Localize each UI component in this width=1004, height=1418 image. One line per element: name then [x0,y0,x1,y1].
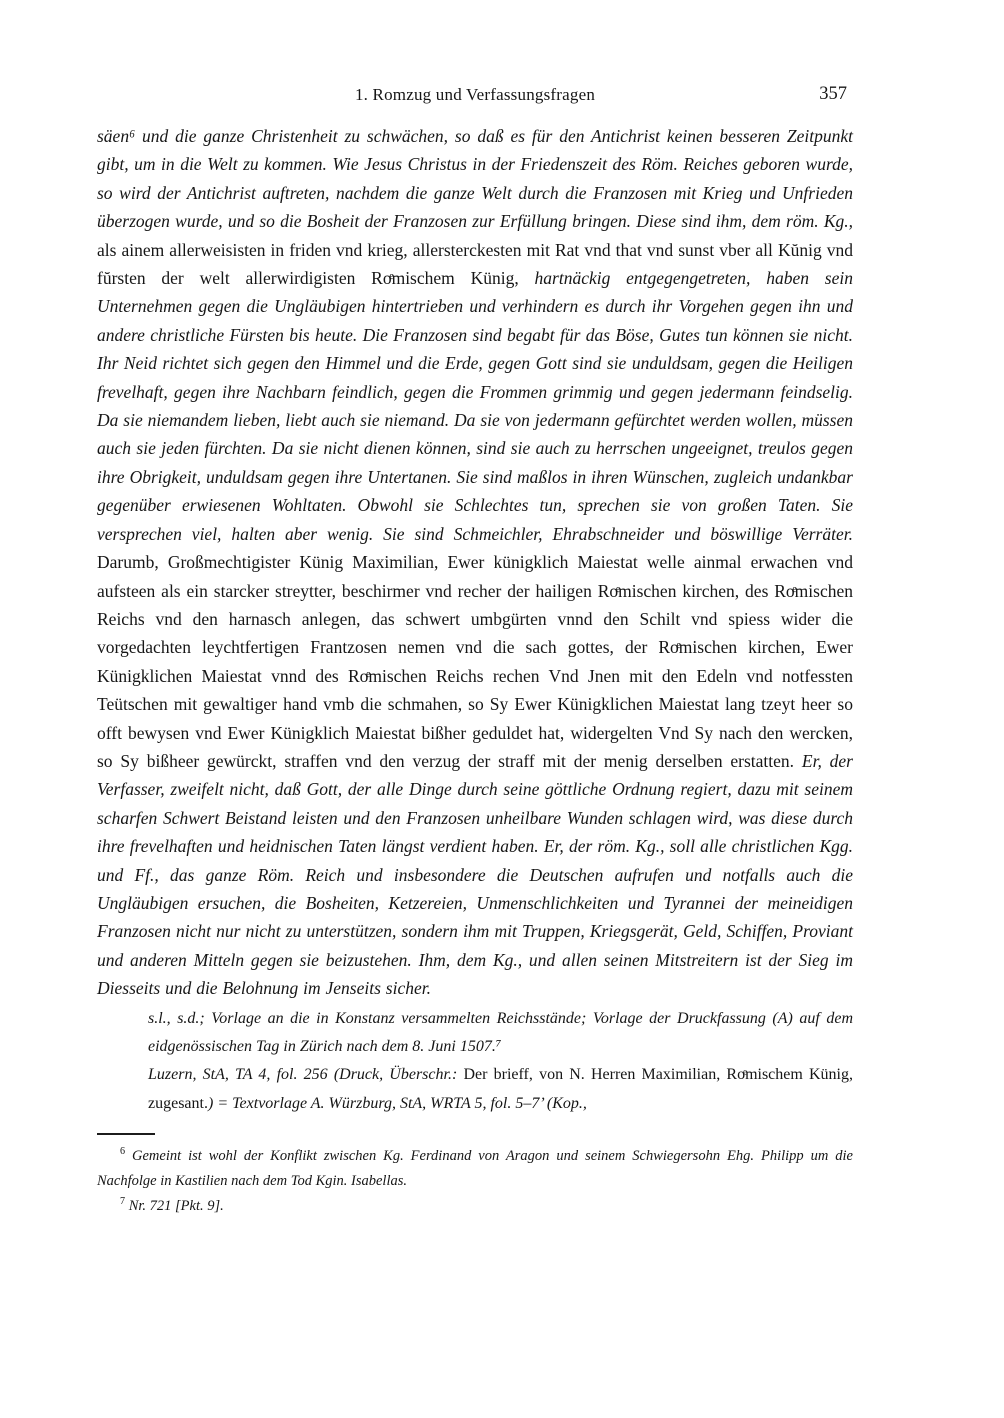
text-segment-quote-2: Darumb, Großmechtigister Künig Maximilia… [97,552,853,771]
footnote-area: 6 Gemeint ist wohl der Konflikt zwischen… [97,1133,853,1219]
main-paragraph: säen⁶ und die ganze Christenheit zu schw… [97,122,853,1003]
footnote-6-marker: 6 [120,1146,125,1157]
footnote-divider [97,1133,155,1135]
footnote-7-text: Nr. 721 [Pkt. 9]. [129,1198,224,1214]
page-header: 1. Romzug und Verfassungsfragen 357 [97,84,853,106]
apparatus-provenance: s.l., s.d.; Vorlage an die in Konstanz v… [148,1005,853,1062]
apparatus-archive-intro: Luzern, StA, TA 4, fol. 256 (Druck, Über… [148,1066,463,1083]
footnote-6: 6 Gemeint ist wohl der Konflikt zwischen… [97,1144,853,1194]
footnote-7-marker: 7 [120,1196,125,1207]
apparatus-archive-reference: Luzern, StA, TA 4, fol. 256 (Druck, Über… [148,1061,853,1118]
text-column: 1. Romzug und Verfassungsfragen 357 säen… [97,84,853,1219]
text-segment-regest-1: säen⁶ und die ganze Christenheit zu schw… [97,126,853,231]
apparatus-archive-continuation: ) = Textvorlage A. Würzburg, StA, WRTA 5… [208,1095,587,1112]
source-apparatus: s.l., s.d.; Vorlage an die in Konstanz v… [148,1005,853,1119]
apparatus-provenance-text: s.l., s.d.; Vorlage an die in Konstanz v… [148,1010,853,1055]
footnote-7: 7 Nr. 721 [Pkt. 9]. [97,1194,853,1219]
book-page: 1. Romzug und Verfassungsfragen 357 säen… [0,0,1004,1418]
page-number: 357 [819,83,847,105]
running-head-title: 1. Romzug und Verfassungsfragen [97,84,853,106]
footnote-6-text: Gemeint ist wohl der Konflikt zwischen K… [97,1148,853,1189]
text-segment-regest-3: Er, der Verfasser, zweifelt nicht, daß G… [97,751,853,998]
text-segment-regest-2: hartnäckig entgegengetreten, haben sein … [97,268,853,544]
